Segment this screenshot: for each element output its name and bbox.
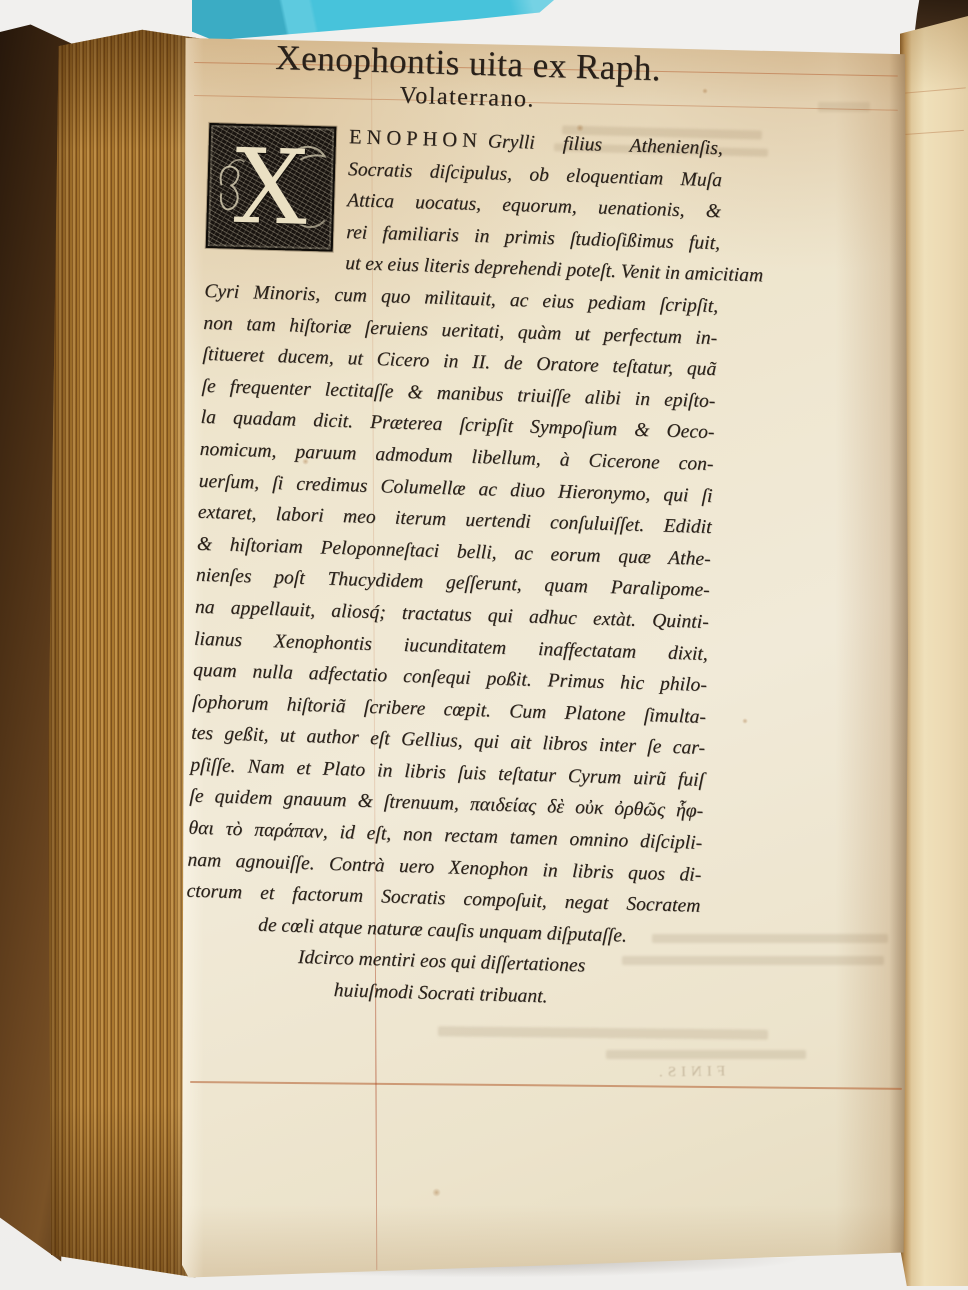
- facing-page-ruling-line: [902, 130, 964, 136]
- woodcut-initial: X: [206, 123, 337, 252]
- facing-page-ruling-line: [904, 87, 966, 94]
- drop-cap-letter: X: [206, 127, 336, 249]
- ruling-line-bottom: [190, 1081, 902, 1089]
- show-through-finis: FINIS.: [654, 1063, 726, 1081]
- text-block-fore-edge: [48, 26, 200, 1280]
- photo-backdrop: { "page": { "running_title": { "line1": …: [0, 0, 968, 1290]
- foxing-spot: [432, 1188, 441, 1197]
- facing-page-edge: [900, 16, 968, 1286]
- show-through-line: [606, 1050, 806, 1059]
- show-through-folio-number: [818, 102, 870, 112]
- opening-rest: Grylli filius Athenienſis,: [488, 131, 724, 159]
- show-through-line: [438, 1026, 768, 1039]
- opening-caps: ENOPHON: [349, 126, 483, 152]
- text-block: X ENOPHONGrylli filius Athenienſis, Socr…: [183, 118, 723, 1017]
- typeset-text-area: Xenophontis uita ex Raph. Volaterrano. X…: [183, 36, 725, 1017]
- foxing-spot: [742, 718, 748, 724]
